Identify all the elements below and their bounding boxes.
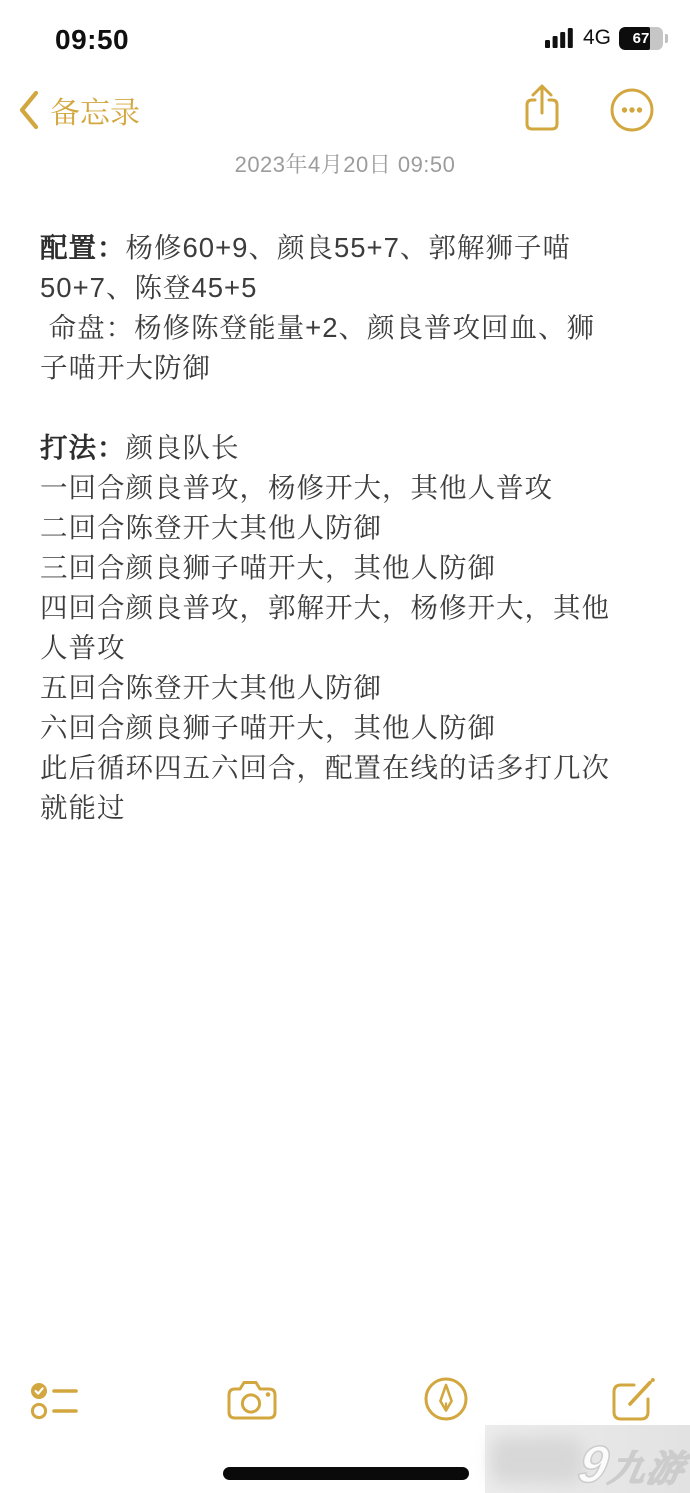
camera-button[interactable] <box>226 1379 278 1420</box>
status-time: 09:50 <box>55 24 129 56</box>
note-paragraph: 三回合颜良狮子喵开大，其他人防御 <box>40 548 622 588</box>
checklist-button[interactable] <box>30 1381 80 1421</box>
note-paragraph: 二回合陈登开大其他人防御 <box>40 508 622 548</box>
battery-icon: 67 <box>619 27 668 50</box>
note-paragraph-bold-label: 配置： <box>40 232 126 263</box>
more-button[interactable] <box>608 86 656 134</box>
share-button[interactable] <box>521 82 563 134</box>
jiuyou-logo-text: 九游 <box>606 1449 689 1489</box>
note-paragraph: 一回合颜良普攻，杨修开大，其他人普攻 <box>40 468 622 508</box>
ellipsis-circle-icon <box>608 86 656 134</box>
note-paragraph-bold-label: 打法： <box>40 432 126 463</box>
note-paragraph: 五回合陈登开大其他人防御 <box>40 668 622 708</box>
note-paragraph: 四回合颜良普攻，郭解开大，杨修开大，其他人普攻 <box>40 588 622 668</box>
note-body[interactable]: 配置：杨修60+9、颜良55+7、郭解狮子喵50+7、陈登45+5 命盘：杨修陈… <box>40 228 622 828</box>
cellular-signal-icon <box>545 27 575 49</box>
markup-pen-icon <box>423 1376 469 1422</box>
compose-icon <box>611 1376 657 1422</box>
camera-icon <box>226 1379 278 1420</box>
iphone-screen: 09:50 4G 67 备忘录 <box>0 0 690 1493</box>
note-paragraph: 打法：颜良队长 <box>40 428 622 468</box>
watermark-blur-blob <box>491 1437 583 1483</box>
battery-cap <box>665 34 668 43</box>
jiuyou-logo: 9 九游 <box>575 1441 690 1489</box>
status-bar-right: 4G 67 <box>545 26 668 50</box>
network-type-label: 4G <box>583 26 611 50</box>
checklist-icon <box>30 1381 80 1421</box>
share-icon <box>521 82 563 134</box>
note-paragraph <box>40 388 622 428</box>
note-paragraph: 六回合颜良狮子喵开大，其他人防御 <box>40 708 622 748</box>
note-paragraph: 此后循环四五六回合，配置在线的话多打几次就能过 <box>40 748 622 828</box>
watermark: 9 九游 <box>485 1425 690 1493</box>
note-paragraph: 命盘：杨修陈登能量+2、颜良普攻回血、狮子喵开大防御 <box>40 308 622 388</box>
note-paragraph: 配置：杨修60+9、颜良55+7、郭解狮子喵50+7、陈登45+5 <box>40 228 622 308</box>
battery-percent: 67 <box>619 27 663 50</box>
back-button[interactable]: 备忘录 <box>18 88 140 132</box>
markup-button[interactable] <box>423 1376 469 1422</box>
compose-button[interactable] <box>611 1376 657 1422</box>
note-date: 2023年4月20日 09:50 <box>0 148 690 179</box>
home-indicator[interactable] <box>223 1467 469 1480</box>
chevron-left-icon <box>18 89 40 131</box>
back-label: 备忘录 <box>50 88 140 132</box>
